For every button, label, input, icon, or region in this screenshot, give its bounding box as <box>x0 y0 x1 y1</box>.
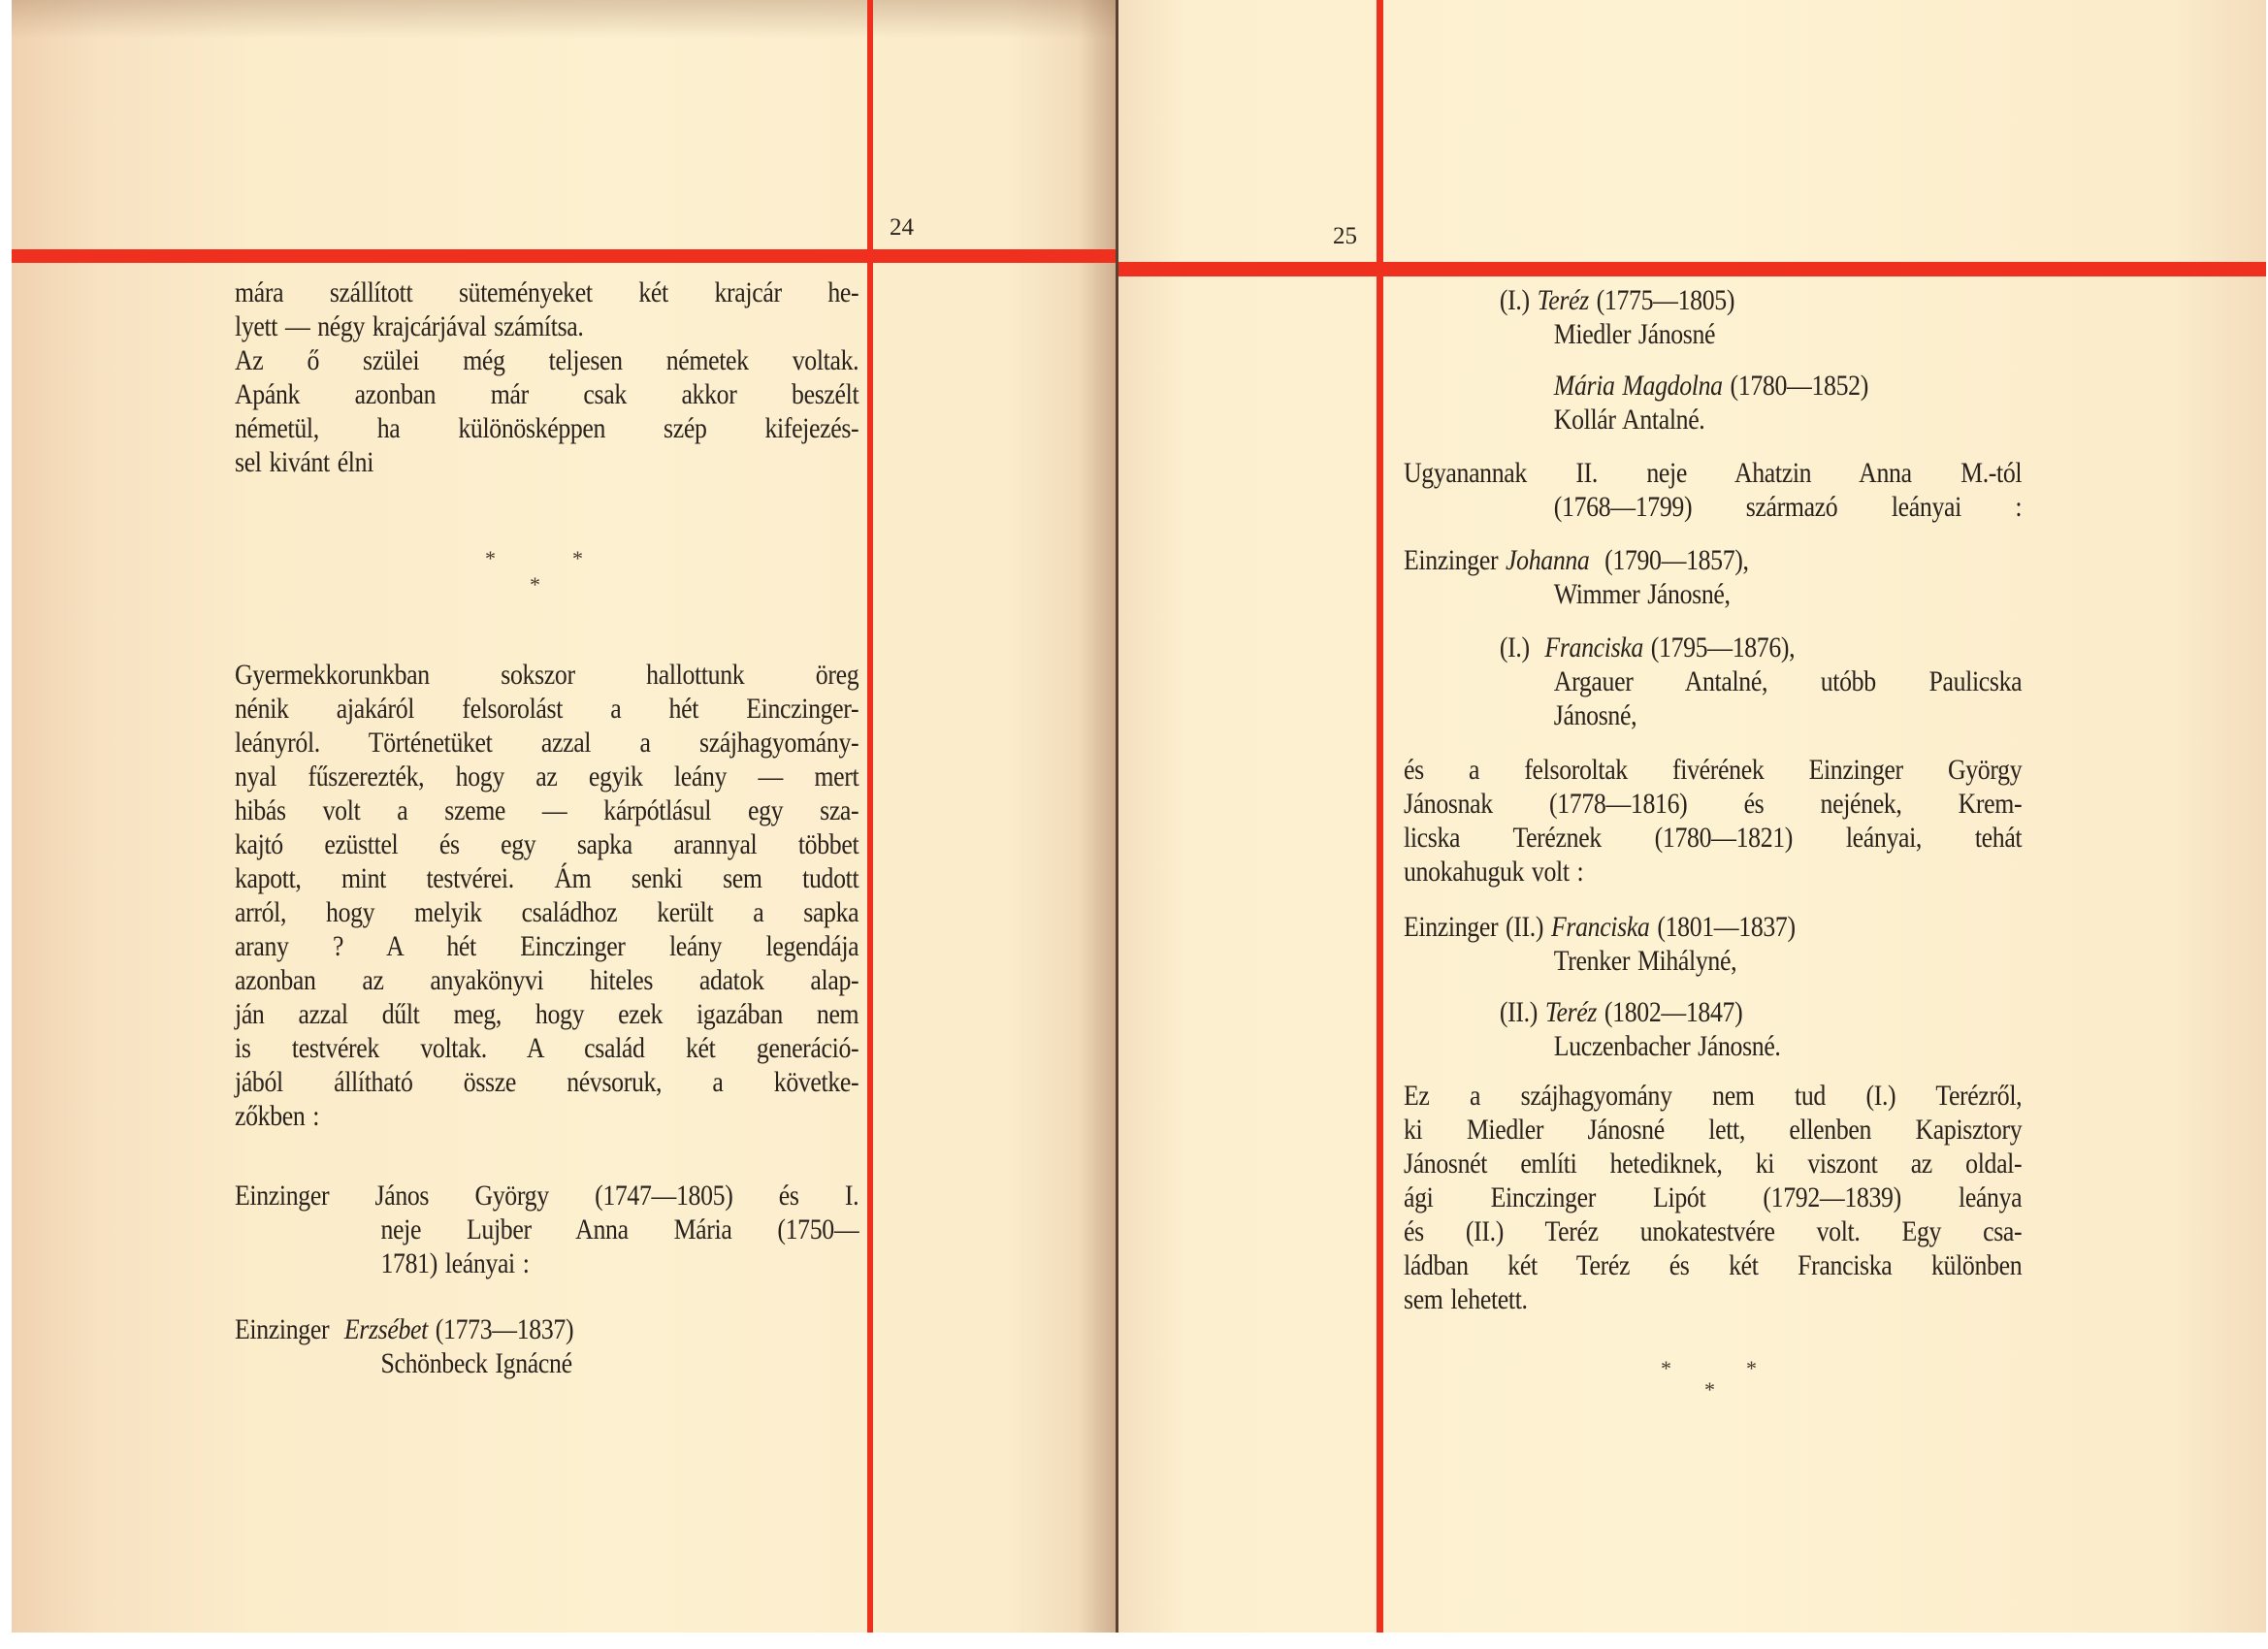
surname: Einzinger <box>1404 544 1498 576</box>
text-line: sel kivánt élni <box>235 445 859 479</box>
text-line: Ez a szájhagyomány nem tud (I.) Terézről… <box>1404 1079 2022 1113</box>
entry-johanna: Einzinger Johanna (1790—1857), Wimmer Já… <box>1404 543 2022 611</box>
entry-title-line: Mária Magdolna (1780—1852) <box>1404 369 2022 403</box>
asterisk-icon: * <box>1746 1356 1757 1381</box>
text-line: Gyermekkorunkban sokszor hallottunk öreg <box>235 658 859 692</box>
text-line: nénik ajakáról felsorolást a hét Einczin… <box>235 692 859 726</box>
text-line: ján azzal dűlt meg, hogy ezek igazában n… <box>235 997 859 1031</box>
genealogy-intro: Einzinger János György (1747—1805) és I.… <box>235 1179 859 1280</box>
married-name: Schönbeck Ignácné <box>235 1346 859 1380</box>
text-line: neje Lujber Anna Mária (1750— <box>235 1212 859 1246</box>
text-line: Az ő szülei még teljesen németek voltak. <box>235 343 859 377</box>
text-line: Apánk azonban már csak akkor beszélt <box>235 377 859 411</box>
given-name: Teréz <box>1538 284 1589 316</box>
text-line: nyal fűszerezték, hogy az egyik leány — … <box>235 760 859 793</box>
text-line: licska Teréznek (1780—1821) leányai, teh… <box>1404 821 2022 855</box>
given-name: Franciska <box>1551 911 1650 943</box>
entry-title-line: (I.) Teréz (1775—1805) <box>1404 283 2022 317</box>
asterisk-icon: * <box>530 572 540 598</box>
text-line: leányról. Történetüket azzal a szájhagyo… <box>235 726 859 760</box>
page-number-left: 24 <box>890 214 914 242</box>
text-line: zőkben : <box>235 1099 859 1133</box>
page-number-right: 25 <box>1333 223 1357 250</box>
text-line: Jánosnak (1778—1816) és nejének, Krem- <box>1404 787 2022 821</box>
text-line: hibás volt a szeme — kárpótlásul egy sza… <box>235 793 859 827</box>
dates: (1802—1847) <box>1604 996 1742 1028</box>
left-paragraph-2: Gyermekkorunkban sokszor hallottunk öreg… <box>235 658 859 1133</box>
book-gutter <box>1116 0 1118 1633</box>
dates: (1790—1857), <box>1604 544 1749 576</box>
entry-franciska-1: (I.) Franciska (1795—1876), Argauer Anta… <box>1404 630 2022 732</box>
given-name: Mária Magdolna <box>1554 370 1723 402</box>
asterisk-icon: * <box>1661 1356 1671 1381</box>
married-name: Luczenbacher Jánosné. <box>1404 1029 2022 1063</box>
married-name: Jánosné, <box>1404 698 2022 732</box>
asterisk-icon: * <box>485 546 496 571</box>
text-line: és a felsoroltak fivérének Einzinger Gyö… <box>1404 753 2022 787</box>
entry-terez-1: (I.) Teréz (1775—1805) Miedler Jánosné <box>1404 283 2022 351</box>
text-line: azonban az anyakönyvi hiteles adatok ala… <box>235 963 859 997</box>
text-line: lyett — négy krajcárjával számítsa. <box>235 309 859 343</box>
left-paragraph-1: mára szállított süteményeket két krajcár… <box>235 275 859 479</box>
second-wife-paragraph: Ugyanannak II. neje Ahatzin Anna M.-tól … <box>1404 456 2022 524</box>
entry-erzsebet: Einzinger Erzsébet (1773—1837) Schönbeck… <box>235 1312 859 1380</box>
text-line: ki Miedler Jánosné lett, ellenben Kapisz… <box>1404 1113 2022 1147</box>
text-line: arról, hogy melyik családhoz került a sa… <box>235 895 859 929</box>
entry-title-line: (I.) Franciska (1795—1876), <box>1404 630 2022 664</box>
brother-paragraph: és a felsoroltak fivérének Einzinger Gyö… <box>1404 753 2022 889</box>
text-line: is testvérek voltak. A család két generá… <box>235 1031 859 1065</box>
text-line: unokahuguk volt : <box>1404 855 2022 889</box>
married-name: Miedler Jánosné <box>1404 317 2022 351</box>
prefix: (I.) <box>1500 284 1530 316</box>
dates: (1801—1837) <box>1657 911 1795 943</box>
surname: Einzinger <box>235 1313 329 1345</box>
married-name: Wimmer Jánosné, <box>1404 577 2022 611</box>
entry-title-line: Einzinger Erzsébet (1773—1837) <box>235 1312 859 1346</box>
entry-title-line: (II.) Teréz (1802—1847) <box>1404 995 2022 1029</box>
text-line: mára szállított süteményeket két krajcár… <box>235 275 859 309</box>
prefix: (II.) <box>1500 996 1538 1028</box>
text-line: Ugyanannak II. neje Ahatzin Anna M.-tól <box>1404 456 2022 490</box>
text-line: arany ? A hét Einczinger leány legendája <box>235 929 859 963</box>
entry-terez-2: (II.) Teréz (1802—1847) Luczenbacher Ján… <box>1404 995 2022 1063</box>
married-name: Trenker Mihályné, <box>1404 944 2022 978</box>
text-line: (1768—1799) származó leányai : <box>1404 490 2022 524</box>
left-header-rule <box>12 249 1116 263</box>
given-name: Erzsébet <box>344 1313 428 1345</box>
text-line: németül, ha különösképpen szép kifejezés… <box>235 411 859 445</box>
dates: (1773—1837) <box>436 1313 573 1345</box>
surname: Einzinger <box>1404 911 1498 943</box>
prefix: (II.) <box>1506 911 1543 943</box>
right-margin-rule <box>1377 0 1383 1633</box>
asterisk-icon: * <box>572 546 583 571</box>
married-name: Argauer Antalné, utóbb Paulicska <box>1404 664 2022 698</box>
text-line: Jánosnét említi hetediknek, ki viszont a… <box>1404 1147 2022 1180</box>
text-line: kajtó ezüsttel és egy sapka arannyal töb… <box>235 827 859 861</box>
text-line: és (II.) Teréz unokatestvére volt. Egy c… <box>1404 1214 2022 1248</box>
gutter-shadow <box>1079 0 1116 1633</box>
given-name: Franciska <box>1544 631 1643 663</box>
dates: (1775—1805) <box>1597 284 1734 316</box>
given-name: Johanna <box>1506 544 1589 576</box>
right-header-rule <box>1118 262 2266 276</box>
text-line: jából állítható össze névsoruk, a követk… <box>235 1065 859 1099</box>
text-line: ládban két Teréz és két Franciska különb… <box>1404 1248 2022 1282</box>
entry-title-line: Einzinger (II.) Franciska (1801—1837) <box>1404 910 2022 944</box>
entry-franciska-2: Einzinger (II.) Franciska (1801—1837) Tr… <box>1404 910 2022 978</box>
asterisk-icon: * <box>1704 1377 1715 1403</box>
text-line: ági Einczinger Lipót (1792—1839) leánya <box>1404 1180 2022 1214</box>
text-line: sem lehetett. <box>1404 1282 2022 1316</box>
text-line: kapott, mint testvérei. Ám senki sem tud… <box>235 861 859 895</box>
entry-title-line: Einzinger Johanna (1790—1857), <box>1404 543 2022 577</box>
dates: (1795—1876), <box>1651 631 1796 663</box>
closing-paragraph: Ez a szájhagyomány nem tud (I.) Terézről… <box>1404 1079 2022 1316</box>
text-line: 1781) leányai : <box>235 1246 859 1280</box>
prefix: (I.) <box>1500 631 1530 663</box>
text-line: Einzinger János György (1747—1805) és I. <box>235 1179 859 1212</box>
entry-maria-magdolna: Mária Magdolna (1780—1852) Kollár Antaln… <box>1404 369 2022 436</box>
given-name: Teréz <box>1545 996 1597 1028</box>
dates: (1780—1852) <box>1731 370 1868 402</box>
left-margin-rule <box>867 0 873 1633</box>
married-name: Kollár Antalné. <box>1404 403 2022 436</box>
